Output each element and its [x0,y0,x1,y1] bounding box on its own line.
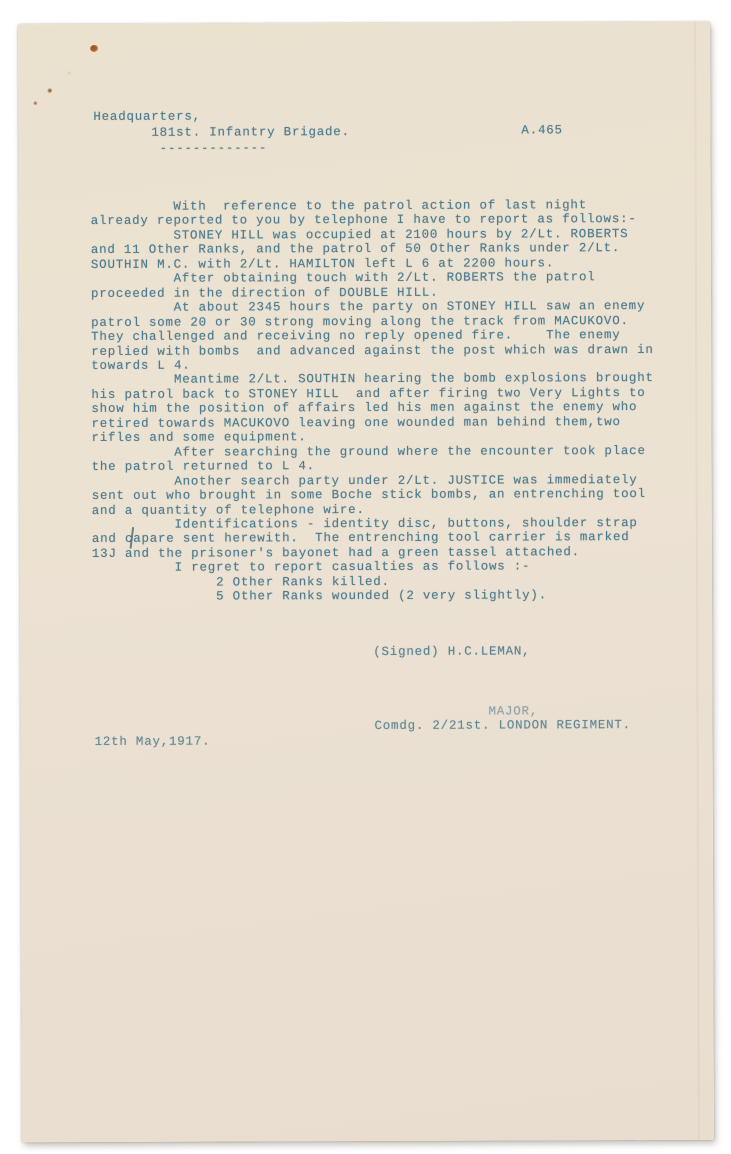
signature-name: (Signed) H.C.LEMAN, [373,644,530,659]
foxing-stain [67,71,71,75]
letterhead: Headquarters, 181st. Infantry Brigade. -… [93,108,350,157]
signature-unit: Comdg. 2/21st. LONDON REGIMENT. [374,718,630,733]
scan-background: { "colors": { "paper": "#ece2d1", "ink":… [0,0,731,1154]
report-body: With reference to the patrol action of l… [91,198,655,605]
signature-rank: MAJOR, [488,704,538,718]
foxing-stain [33,101,37,105]
paper-crease [694,22,700,1140]
reference-number: A.465 [521,123,562,137]
document-paper: Headquarters, 181st. Infantry Brigade. -… [18,22,714,1142]
date: 12th May,1917. [95,735,211,749]
foxing-stain [90,45,98,52]
foxing-stain [47,88,52,93]
